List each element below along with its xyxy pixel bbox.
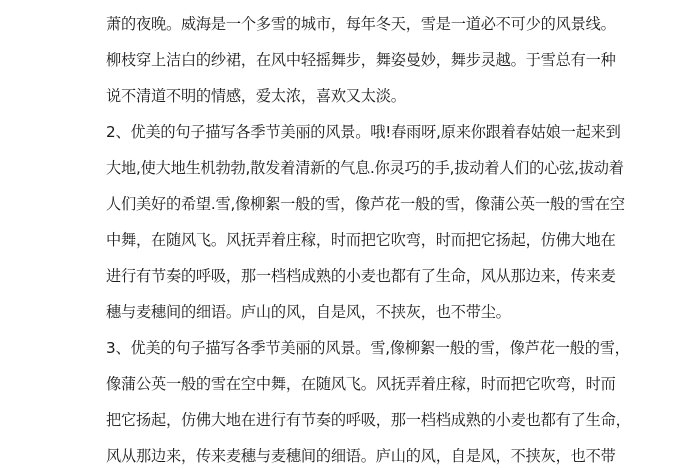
text-line: 人们美好的希望.雪,像柳絮一般的雪，像芦花一般的雪，像蒲公英一般的雪在空 [106,192,606,216]
text-line: 穗与麦穗间的细语。庐山的风，自是风，不挟灰，也不带尘。 [106,300,606,324]
text-line: 萧的夜晚。威海是一个多雪的城市，每年冬天，雪是一道必不可少的风景线。 [106,12,606,36]
text-line: 大地,使大地生机勃勃,散发着清新的气息.你灵巧的手,拔动着人们的心弦,拔动着 [106,156,606,180]
section-3-heading-line: 3、优美的句子描写各季节美丽的风景。雪,像柳絮一般的雪，像芦花一般的雪， [106,336,606,360]
document-page: 萧的夜晚。威海是一个多雪的城市，每年冬天，雪是一道必不可少的风景线。 柳枝穿上洁… [0,0,700,470]
text-line: 柳枝穿上洁白的纱裙，在风中轻摇舞步，舞姿曼妙，舞步灵越。于雪总有一种 [106,48,606,72]
text-line: 把它扬起，仿佛大地在进行有节奏的呼吸，那一档档成熟的小麦也都有了生命， [106,408,606,432]
section-2-heading-line: 2、优美的句子描写各季节美丽的风景。哦!春雨呀,原来你跟着春姑娘一起来到 [106,120,606,144]
text-line: 中舞，在随风飞。风抚弄着庄稼，时而把它吹弯，时而把它扬起，仿佛大地在 [106,228,606,252]
text-line: 进行有节奏的呼吸，那一档档成熟的小麦也都有了生命，风从那边来，传来麦 [106,264,606,288]
text-line: 说不清道不明的情感，爱太浓，喜欢又太淡。 [106,84,606,108]
text-line: 像蒲公英一般的雪在空中舞，在随风飞。风抚弄着庄稼，时而把它吹弯，时而 [106,372,606,396]
text-line: 风从那边来，传来麦穗与麦穗间的细语。庐山的风，自是风，不挟灰，也不带 [106,444,606,468]
